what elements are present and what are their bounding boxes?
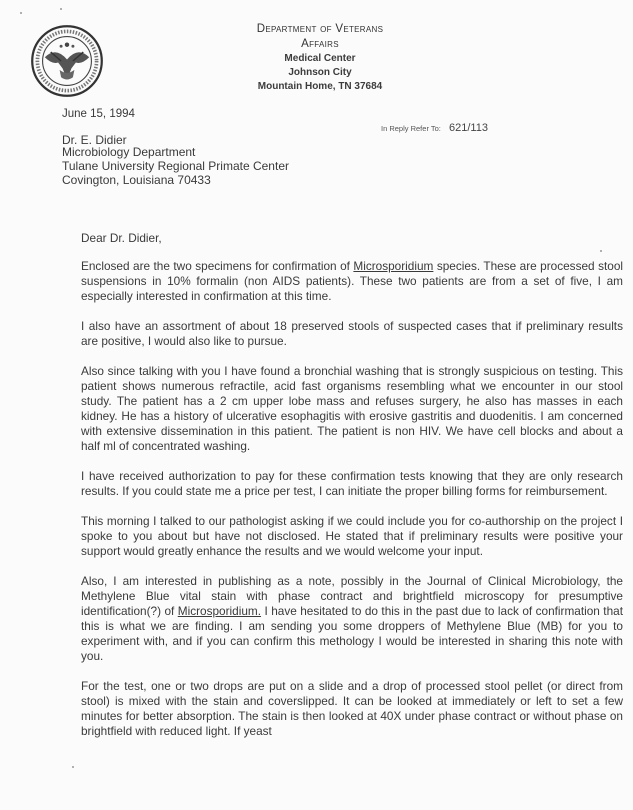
paragraph-authorization: I have received authorization to pay for… [81,469,623,499]
organism-name: Microsporidium [353,259,433,273]
facility-address: Mountain Home, TN 37684 [225,80,415,94]
paragraph-bronchial-washing: Also since talking with you I have found… [81,364,623,454]
reply-reference-number: 621/113 [449,122,488,134]
recipient-department: Microbiology Department [62,145,289,159]
recipient-address: Dr. E. Didier Microbiology Department Tu… [62,133,289,187]
reply-reference: In Reply Refer To: 621/113 [381,122,488,134]
salutation: Dear Dr. Didier, [81,231,623,246]
reply-reference-label: In Reply Refer To: [381,124,441,133]
facility-city: Johnson City [225,66,415,80]
scan-speck [72,766,74,768]
paragraph-publishing: Also, I am interested in publishing as a… [81,574,623,664]
scan-speck [60,8,62,10]
letter-page: Department of Veterans Affairs Medical C… [0,0,633,810]
paragraph-test-procedure: For the test, one or two drops are put o… [81,679,623,739]
letter-body: Dear Dr. Didier, Enclosed are the two sp… [81,231,623,754]
va-seal-icon [30,24,104,98]
p1-text: Enclosed are the two specimens for confi… [81,259,353,273]
paragraph-coauthorship: This morning I talked to our pathologist… [81,514,623,559]
facility-name: Medical Center [225,52,415,66]
department-name: Department of Veterans [225,22,415,37]
letterhead: Department of Veterans Affairs Medical C… [225,22,415,94]
scan-speck [600,250,602,252]
department-name-line2: Affairs [225,37,415,52]
paragraph-preserved-stools: I also have an assortment of about 18 pr… [81,319,623,349]
letter-date: June 15, 1994 [62,108,135,120]
recipient-city: Covington, Louisiana 70433 [62,173,289,187]
scan-speck [20,12,22,14]
paragraph-specimens: Enclosed are the two specimens for confi… [81,259,623,304]
organism-name-2: Microsporidium. [178,604,261,618]
recipient-institution: Tulane University Regional Primate Cente… [62,159,289,173]
